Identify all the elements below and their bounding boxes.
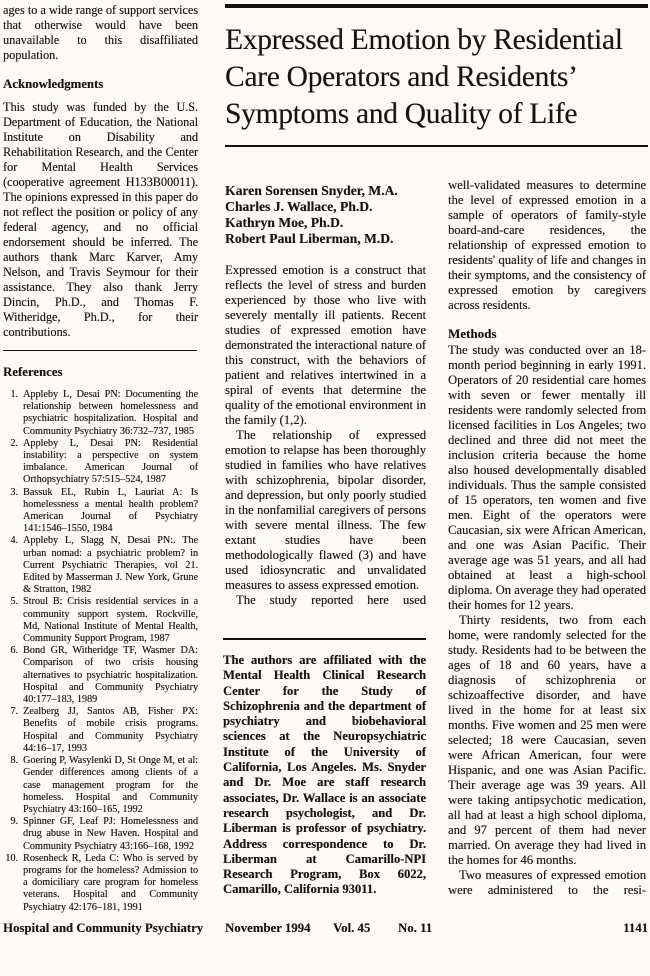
page-number: 1141 <box>623 921 648 936</box>
reference-number: 9. <box>3 816 23 853</box>
reference-item: 6. Bond GR, Witheridge TF, Wasmer DA: Co… <box>3 645 198 706</box>
reference-text: Spinner GF, Leaf PJ: Homelessness and dr… <box>23 816 198 853</box>
methods-paragraph-3: Two measures of expressed emotion were a… <box>448 868 646 898</box>
reference-item: 7. Zealberg JJ, Santos AB, Fisher PX: Be… <box>3 706 198 755</box>
acknowledgments-text: This study was funded by the U.S. Depart… <box>3 100 198 340</box>
reference-item: 8. Goering P, Wasylenki D, St Onge M, et… <box>3 755 198 816</box>
reference-item: 1. Appleby L, Desai PN: Documenting the … <box>3 389 198 438</box>
right-column: well-validated measures to determine the… <box>448 178 646 898</box>
author-name: Robert Paul Liberman, M.D. <box>225 231 426 247</box>
article-title-block: Expressed Emotion by Residential Care Op… <box>225 4 648 147</box>
reference-number: 7. <box>3 706 23 755</box>
reference-item: 2. Appleby L, Desai PN: Residential inst… <box>3 438 198 487</box>
reference-item: 5. Stroul B: Crisis residential services… <box>3 596 198 645</box>
reference-text: Rosenheck R, Leda C: Who is served by pr… <box>23 853 198 914</box>
journal-name: Hospital and Community Psychiatry <box>3 921 203 936</box>
reference-item: 4. Appleby L, Slagg N, Desai PN:. The ur… <box>3 535 198 596</box>
reference-number: 1. <box>3 389 23 438</box>
intro-paragraph-2: The relationship of expressed emotion to… <box>225 428 426 593</box>
author-name: Kathryn Moe, Ph.D. <box>225 215 426 231</box>
title-bottom-rule <box>225 145 648 147</box>
reference-number: 4. <box>3 535 23 596</box>
acknowledgments-heading: Acknowledgments <box>3 77 198 92</box>
author-name: Karen Sorensen Snyder, M.A. <box>225 183 426 199</box>
references-list: 1. Appleby L, Desai PN: Documenting the … <box>3 389 198 914</box>
reference-text: Appleby L, Desai PN: Documenting the rel… <box>23 389 198 438</box>
affiliation-note: The authors are affiliated with the Ment… <box>223 638 426 898</box>
middle-column: Karen Sorensen Snyder, M.A. Charles J. W… <box>225 183 426 608</box>
intro-paragraph-1: Expressed emotion is a construct that re… <box>225 263 426 428</box>
issue-number: No. 11 <box>398 921 432 936</box>
reference-text: Bassuk EL, Rubin L, Lauriat A: Is homele… <box>23 487 198 536</box>
references-divider <box>3 350 197 351</box>
reference-number: 10. <box>3 853 23 914</box>
reference-number: 6. <box>3 645 23 706</box>
methods-paragraph-2: Thirty residents, two from each home, we… <box>448 613 646 868</box>
reference-text: Appleby L, Desai PN: Residential instabi… <box>23 438 198 487</box>
reference-item: 9. Spinner GF, Leaf PJ: Homelessness and… <box>3 816 198 853</box>
reference-number: 2. <box>3 438 23 487</box>
reference-text: Zealberg JJ, Santos AB, Fisher PX: Benef… <box>23 706 198 755</box>
reference-text: Goering P, Wasylenki D, St Onge M, et al… <box>23 755 198 816</box>
reference-number: 8. <box>3 755 23 816</box>
methods-heading: Methods <box>448 326 646 341</box>
affiliation-text: The authors are affiliated with the Ment… <box>223 653 426 898</box>
methods-paragraph-1: The study was conducted over an 18-month… <box>448 343 646 613</box>
reference-item: 10. Rosenheck R, Leda C: Who is served b… <box>3 853 198 914</box>
reference-item: 3. Bassuk EL, Rubin L, Lauriat A: Is hom… <box>3 487 198 536</box>
left-column: ages to a wide range of support services… <box>3 3 198 914</box>
reference-text: Stroul B: Crisis residential services in… <box>23 596 198 645</box>
article-title: Expressed Emotion by Residential Care Op… <box>225 22 648 133</box>
reference-text: Appleby L, Slagg N, Desai PN:. The urban… <box>23 535 198 596</box>
author-name: Charles J. Wallace, Ph.D. <box>225 199 426 215</box>
continued-paragraph: ages to a wide range of support services… <box>3 3 198 63</box>
author-list: Karen Sorensen Snyder, M.A. Charles J. W… <box>225 183 426 247</box>
reference-number: 3. <box>3 487 23 536</box>
intro-paragraph-3-start: The study reported here used <box>225 593 426 608</box>
issue-date: November 1994 <box>225 921 310 936</box>
reference-number: 5. <box>3 596 23 645</box>
reference-text: Bond GR, Witheridge TF, Wasmer DA: Compa… <box>23 645 198 706</box>
volume-label: Vol. 45 <box>333 921 370 936</box>
page-footer: Hospital and Community Psychiatry Novemb… <box>0 921 650 941</box>
affiliation-divider <box>223 638 426 640</box>
references-heading: References <box>3 365 198 380</box>
intro-paragraph-3-continued: well-validated measures to determine the… <box>448 178 646 313</box>
